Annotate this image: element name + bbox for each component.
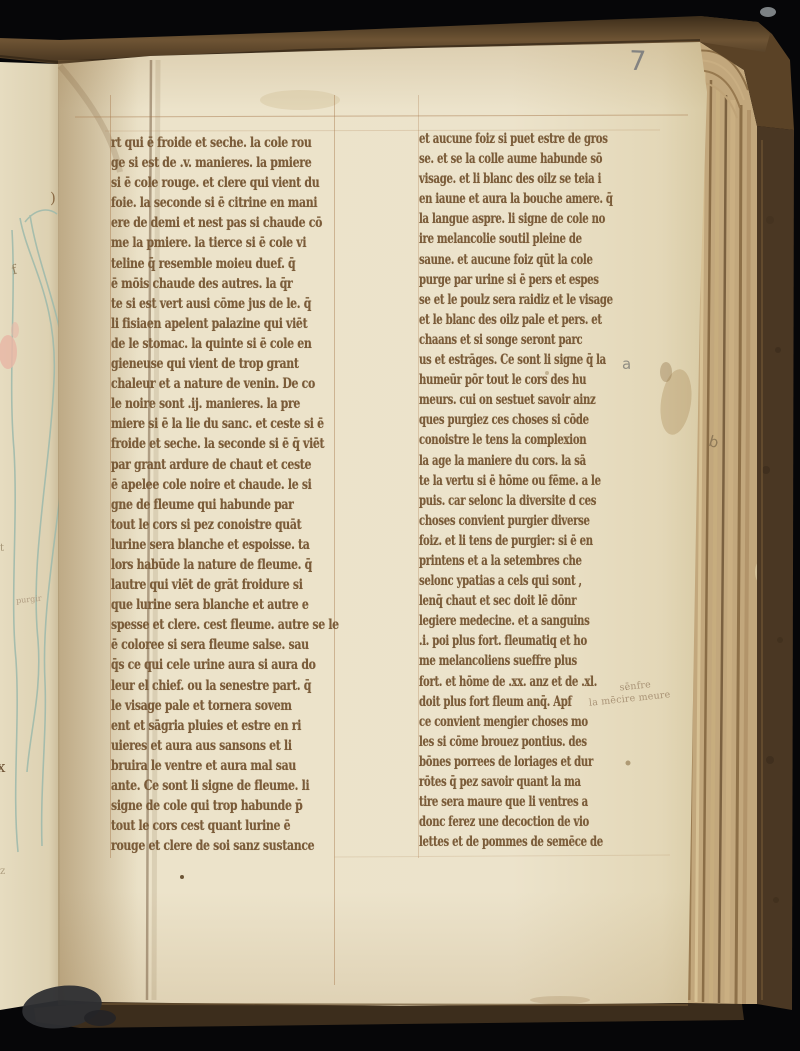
- text-line: ques purgiez ces choses si cōde: [419, 410, 557, 430]
- text-line: teline q̄ resemble moieu duef. q̄: [111, 254, 287, 274]
- text-line: lors habūde la nature de fleume. q̄: [111, 555, 287, 575]
- text-line: choses convient purgier diverse: [419, 511, 557, 531]
- text-line: tout le cors si pez conoistre quāt: [111, 515, 287, 535]
- text-line: froide et seche. la seconde si ē q̄ viēt: [111, 434, 287, 454]
- text-line: us et estrāges. Ce sont li signe q̄ la: [419, 350, 557, 370]
- facing-page-edge: [0, 62, 68, 1010]
- text-line: uieres et aura aus sansons et li: [111, 736, 287, 756]
- text-line: le noire sont .ij. manieres. la pre: [111, 394, 287, 414]
- text-line: et aucune foiz si puet estre de gros: [419, 129, 557, 149]
- text-line: te la vertu si ē hōme ou fēme. a le: [419, 471, 557, 491]
- text-line: et le blanc des oilz pale et pers. et: [419, 310, 557, 330]
- text-line: ē coloree si sera fleume salse. sau: [111, 635, 287, 655]
- text-line: les si cōme brouez pontius. des: [419, 732, 557, 752]
- text-line: ere de demi et nest pas si chaude cō: [111, 213, 287, 233]
- text-line: printens et a la setembres che: [419, 551, 557, 571]
- text-line: fort. et hōme de .xx. anz et de .xl.: [419, 672, 557, 692]
- gutter-mark-x: x: [0, 758, 5, 776]
- text-line: chaleur et a nature de venin. De co: [111, 374, 287, 394]
- text-line: se et le poulz sera raidiz et le visage: [419, 290, 557, 310]
- text-line: lettes et de pommes de semēce de: [419, 832, 557, 852]
- text-line: me melancoliens sueffre plus: [419, 651, 557, 671]
- text-line: q̄s ce qui cele urine aura si aura do: [111, 655, 287, 675]
- text-line: ge si est de .v. manieres. la pmiere: [111, 153, 287, 173]
- text-line: signe de cole qui trop habunde p̄: [111, 796, 287, 816]
- edge-text-fragment: z: [0, 866, 5, 877]
- text-line: rouge et clere de soi sanz sustance: [111, 836, 287, 856]
- text-line: si ē cole rouge. et clere qui vient du: [111, 173, 287, 193]
- edge-text-fragment: t: [0, 543, 4, 554]
- text-line: .i. poi plus fort. fleumatiq et ho: [419, 631, 557, 651]
- text-line: par grant ardure de chaut et ceste: [111, 455, 287, 475]
- text-line: visage. et li blanc des oilz se teia i: [419, 169, 557, 189]
- text-line: spesse et clere. cest fleume. autre se l…: [111, 615, 287, 635]
- text-line: li fisiaen apelent palazine qui viēt: [111, 314, 287, 334]
- text-line: purge par urine si ē pers et espes: [419, 270, 557, 290]
- text-column-right: et aucune foiz si puet estre de grosse. …: [419, 129, 611, 852]
- text-line: leur el chief. ou la senestre part. q̄: [111, 676, 287, 696]
- text-line: en iaune et aura la bouche amere. q̄: [419, 189, 557, 209]
- text-line: me la pmiere. la tierce si ē cole vi: [111, 233, 287, 253]
- text-line: foie. la seconde si ē citrine en mani: [111, 193, 287, 213]
- text-line: ent et sāgria pluies et estre en ri: [111, 716, 287, 736]
- text-line: puis. car selonc la diversite d ces: [419, 491, 557, 511]
- text-line: la langue aspre. li signe de cole no: [419, 209, 557, 229]
- text-line: legiere medecine. et a sanguins: [419, 611, 557, 631]
- text-line: lautre qui viēt de grāt froidure si: [111, 575, 287, 595]
- text-line: gne de fleume qui habunde par: [111, 495, 287, 515]
- text-line: de le stomac. la quinte si ē cole en: [111, 334, 287, 354]
- text-line: tire sera maure que li ventres a: [419, 792, 557, 812]
- text-line: donc ferez une decoction de vio: [419, 812, 557, 832]
- metal-glint: [760, 7, 776, 17]
- text-line: te si est vert ausi cōme jus de le. q̄: [111, 294, 287, 314]
- text-column-left: rt qui ē froide et seche. la cole rouge …: [111, 133, 337, 856]
- manuscript-photo: rt qui ē froide et seche. la cole rouge …: [0, 0, 800, 1051]
- text-line: meurs. cui on sestuet savoir ainz: [419, 390, 557, 410]
- text-line: conoistre le tens la complexion: [419, 430, 557, 450]
- text-line: humeūr pōr tout le cors des hu: [419, 370, 557, 390]
- pink-flourish-small: [11, 322, 19, 338]
- text-line: ce convient mengier choses mo: [419, 712, 557, 732]
- text-line: ē mōis chaude des autres. la q̄r: [111, 274, 287, 294]
- text-line: la age la maniere du cors. la sā: [419, 451, 557, 471]
- text-line: bōnes porrees de loriages et dur: [419, 752, 557, 772]
- text-line: ante. Ce sont li signe de fleume. li: [111, 776, 287, 796]
- text-line: chaans et si songe seront parc: [419, 330, 557, 350]
- text-line: que lurine sera blanche et autre e: [111, 595, 287, 615]
- text-line: ē apelee cole noire et chaude. le si: [111, 475, 287, 495]
- text-line: miere si ē la lie du sanc. et ceste si ē: [111, 414, 287, 434]
- text-line: ire melancolie soutil pleine de: [419, 229, 557, 249]
- text-line: saune. et aucune foiz qūt la cole: [419, 250, 557, 270]
- text-line: gieneuse qui vient de trop grant: [111, 354, 287, 374]
- text-line: lurine sera blanche et espoisse. ta: [111, 535, 287, 555]
- text-line: tout le cors cest quant lurine ē: [111, 816, 287, 836]
- text-line: se. et se la colle aume habunde sō: [419, 149, 557, 169]
- text-line: rt qui ē froide et seche. la cole rou: [111, 133, 287, 153]
- text-line: lenq̄ chaut et sec doit lē dōnr: [419, 591, 557, 611]
- text-line: rōtes q̄ pez savoir quant la ma: [419, 772, 557, 792]
- text-line: doit plus fort fleum anq̄. Apf: [419, 692, 557, 712]
- text-line: bruira le ventre et aura mal sau: [111, 756, 287, 776]
- gutter-mark-paren: ): [50, 189, 56, 207]
- pencil-mark-a: a: [622, 355, 631, 373]
- text-line: le visage pale et tornera sovem: [111, 696, 287, 716]
- text-line: foiz. et li tens de purgier: si ē en: [419, 531, 557, 551]
- folio-number: 7: [628, 46, 646, 78]
- text-line: selonc ypatias a cels qui sont ,: [419, 571, 557, 591]
